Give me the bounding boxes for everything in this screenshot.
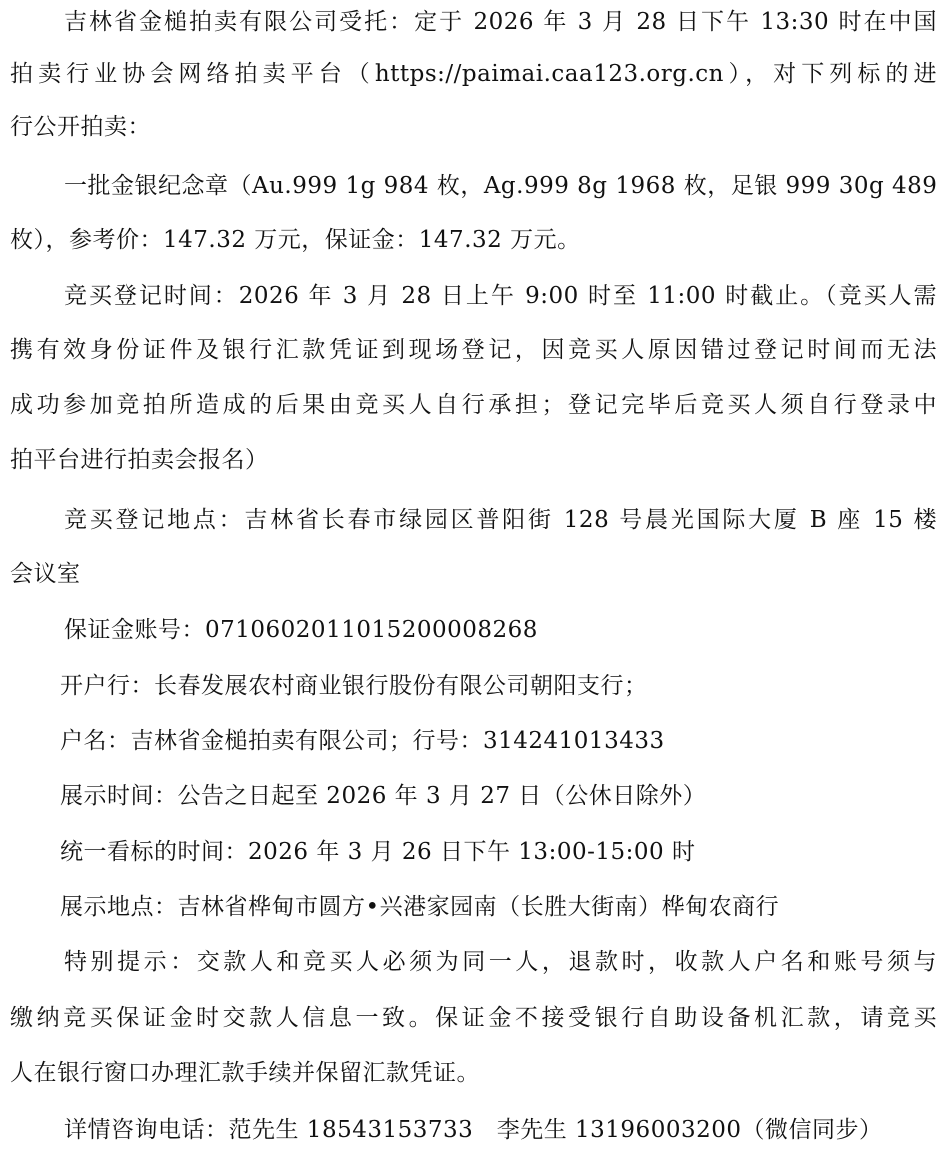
notice-line-1: 特别提示：交款人和竞买人必须为同一人，退款时，收款人户名和账号须与 bbox=[64, 947, 937, 977]
deposit-account-line: 保证金账号：0710602011015200008268 bbox=[64, 615, 937, 645]
lot-line-2: 枚），参考价：147.32 万元，保证金：147.32 万元。 bbox=[10, 225, 937, 255]
viewing-time-line: 统一看标的时间：2026 年 3 月 26 日下午 13:00-15:00 时 bbox=[60, 837, 937, 867]
lot-line-1: 一批金银纪念章（Au.999 1g 984 枚，Ag.999 8g 1968 枚… bbox=[64, 171, 937, 201]
display-time-line: 展示时间：公告之日起至 2026 年 3 月 27 日（公休日除外） bbox=[60, 781, 937, 811]
notice-line-2: 缴纳竞买保证金时交款人信息一致。保证金不接受银行自助设备机汇款，请竞买 bbox=[10, 1003, 937, 1033]
registration-time-line-1: 竞买登记时间：2026 年 3 月 28 日上午 9:00 时至 11:00 时… bbox=[64, 281, 937, 311]
intro-line-1: 吉林省金槌拍卖有限公司受托：定于 2026 年 3 月 28 日下午 13:30… bbox=[64, 7, 937, 37]
account-name-line: 户名：吉林省金槌拍卖有限公司；行号：314241013433 bbox=[60, 726, 937, 756]
registration-place-line-2: 会议室 bbox=[10, 559, 937, 589]
notice-line-3: 人在银行窗口办理汇款手续并保留汇款凭证。 bbox=[10, 1058, 937, 1088]
registration-place-line-1: 竞买登记地点：吉林省长春市绿园区普阳街 128 号晨光国际大厦 B 座 15 楼 bbox=[64, 505, 937, 535]
bank-line: 开户行：长春发展农村商业银行股份有限公司朝阳支行； bbox=[60, 671, 937, 701]
display-place-line: 展示地点：吉林省桦甸市圆方•兴港家园南（长胜大街南）桦甸农商行 bbox=[60, 892, 937, 922]
contact-line: 详情咨询电话：范先生 18543153733 李先生 13196003200（微… bbox=[64, 1115, 937, 1145]
registration-time-line-2: 携有效身份证件及银行汇款凭证到现场登记，因竞买人原因错过登记时间而无法 bbox=[10, 335, 937, 365]
registration-time-line-3: 成功参加竞拍所造成的后果由竞买人自行承担；登记完毕后竞买人须自行登录中 bbox=[10, 390, 937, 420]
intro-line-2: 拍卖行业协会网络拍卖平台（https://paimai.caa123.org.c… bbox=[10, 59, 937, 89]
intro-line-3: 行公开拍卖： bbox=[10, 112, 937, 142]
registration-time-line-4: 拍平台进行拍卖会报名） bbox=[10, 445, 937, 475]
